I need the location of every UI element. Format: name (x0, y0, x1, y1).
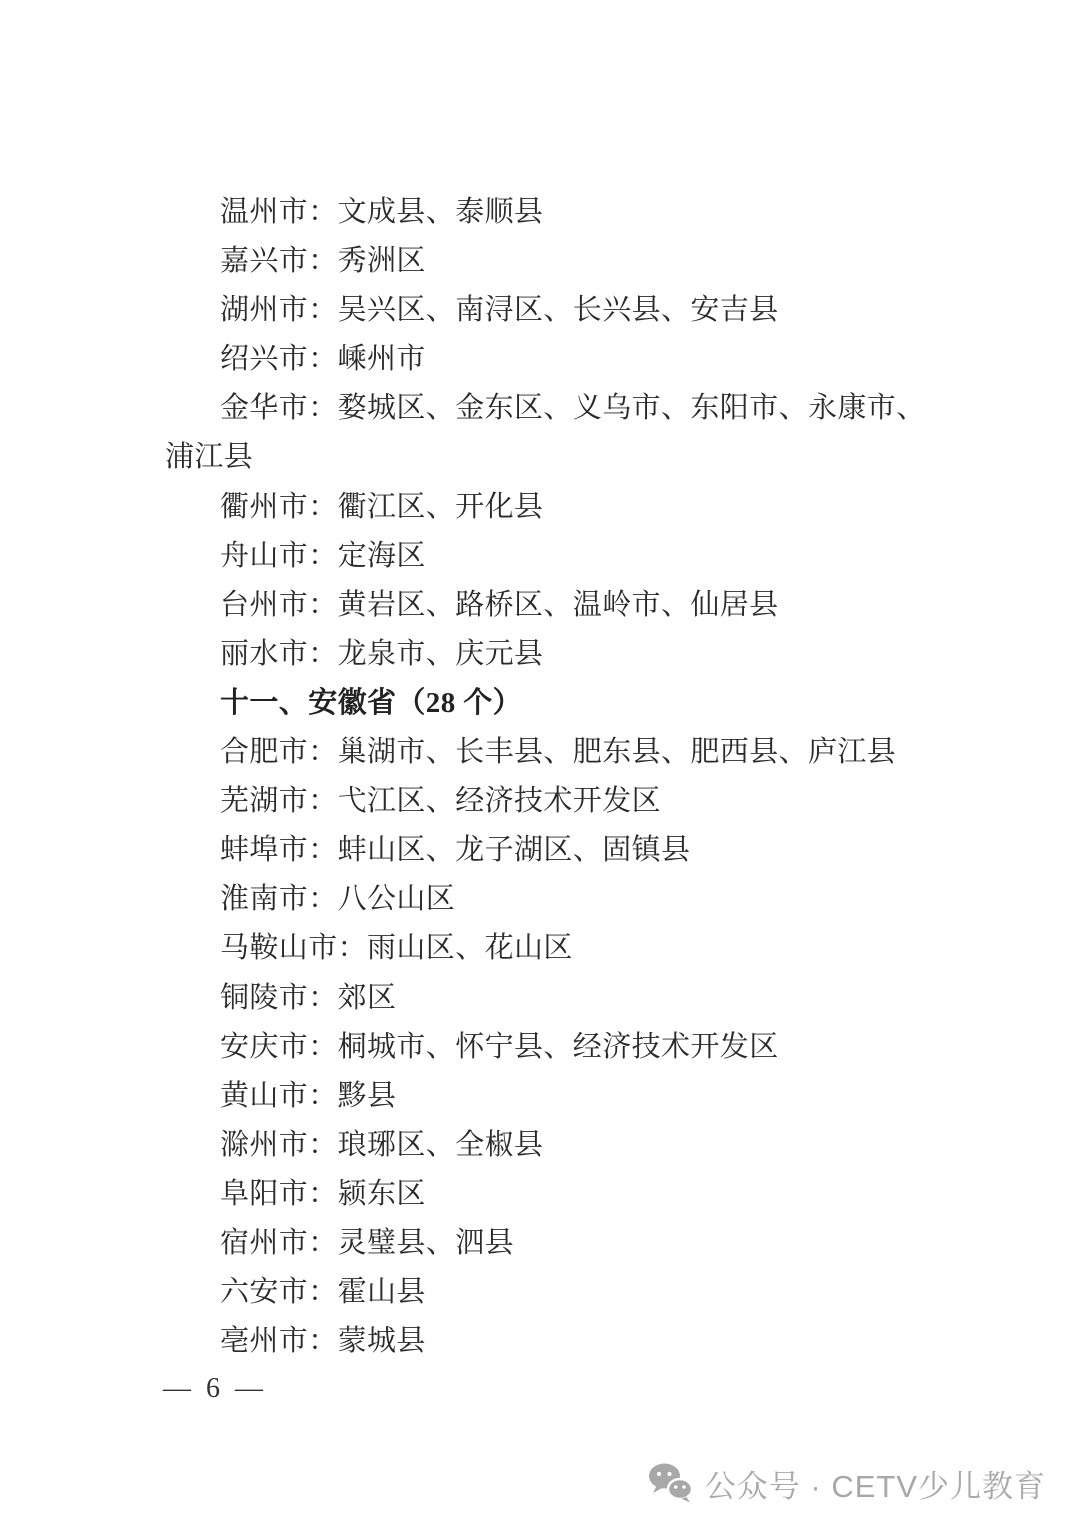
document-line: 亳州市：蒙城县 (165, 1317, 985, 1366)
document-line: 合肥市：巢湖市、长丰县、肥东县、肥西县、庐江县 (165, 728, 985, 777)
document-line: 滁州市：琅琊区、全椒县 (165, 1121, 985, 1170)
document-line: 台州市：黄岩区、路桥区、温岭市、仙居县 (165, 581, 985, 630)
page-number: — 6 — (163, 1364, 267, 1413)
document-line-continuation: 浦江县 (165, 433, 985, 482)
document-line: 丽水市：龙泉市、庆元县 (165, 630, 985, 679)
document-line: 铜陵市：郊区 (165, 974, 985, 1023)
document-line: 嘉兴市：秀洲区 (165, 237, 985, 286)
document-line: 安庆市：桐城市、怀宁县、经济技术开发区 (165, 1023, 985, 1072)
document-line: 金华市：婺城区、金东区、义乌市、东阳市、永康市、 (165, 384, 985, 433)
document-line: 湖州市：吴兴区、南浔区、长兴县、安吉县 (165, 286, 985, 335)
document-line: 淮南市：八公山区 (165, 875, 985, 924)
section-heading-anhui: 十一、安徽省（28 个） (165, 679, 985, 728)
document-line: 蚌埠市：蚌山区、龙子湖区、固镇县 (165, 826, 985, 875)
document-page: 温州市：文成县、泰顺县 嘉兴市：秀洲区 湖州市：吴兴区、南浔区、长兴县、安吉县 … (0, 0, 1080, 1527)
document-line: 阜阳市：颍东区 (165, 1170, 985, 1219)
document-line: 舟山市：定海区 (165, 532, 985, 581)
document-body: 温州市：文成县、泰顺县 嘉兴市：秀洲区 湖州市：吴兴区、南浔区、长兴县、安吉县 … (165, 188, 985, 1366)
wechat-icon (648, 1463, 693, 1503)
document-line: 马鞍山市：雨山区、花山区 (165, 924, 985, 973)
document-line: 芜湖市：弋江区、经济技术开发区 (165, 777, 985, 826)
document-line: 黄山市：黟县 (165, 1072, 985, 1121)
watermark-footer: 公众号 · CETV少儿教育 (648, 1461, 1046, 1505)
document-line: 宿州市：灵璧县、泗县 (165, 1219, 985, 1268)
document-line: 衢州市：衢江区、开化县 (165, 483, 985, 532)
document-line: 温州市：文成县、泰顺县 (165, 188, 985, 237)
document-line: 绍兴市：嵊州市 (165, 335, 985, 384)
document-line: 六安市：霍山县 (165, 1268, 985, 1317)
watermark-text: 公众号 · CETV少儿教育 (705, 1461, 1046, 1506)
